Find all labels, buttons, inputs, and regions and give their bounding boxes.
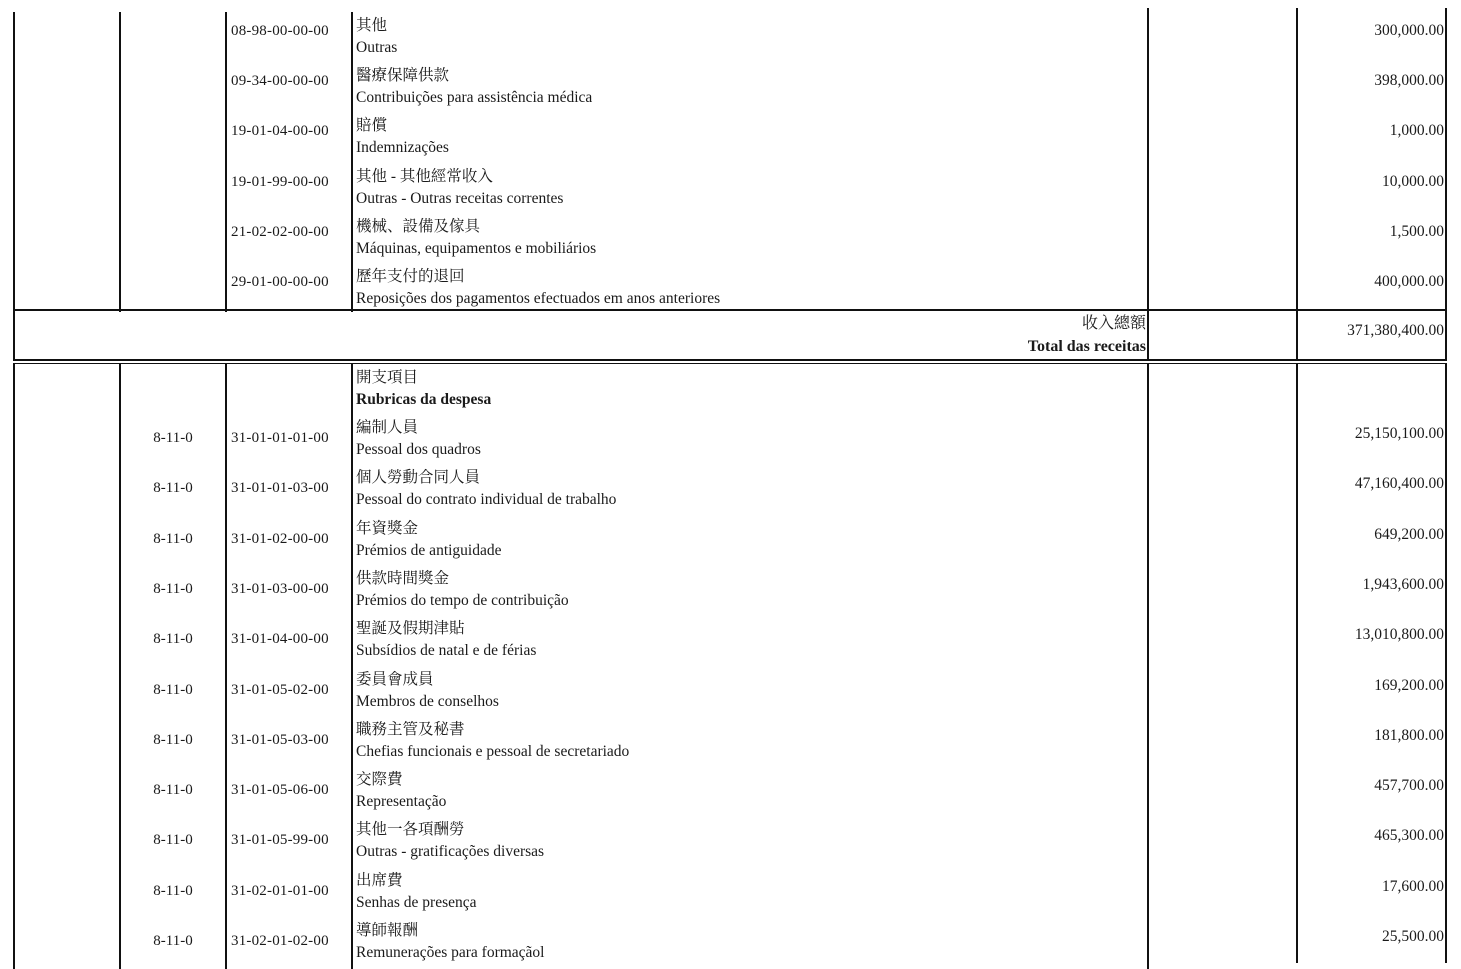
amount: 649,200.00	[1298, 526, 1444, 544]
description-pt: Reposições dos pagamentos efectuados em …	[356, 289, 720, 308]
economic-classification: 8-11-0	[120, 732, 226, 749]
description-pt: Outras - gratificações diversas	[356, 842, 544, 861]
amount: 47,160,400.00	[1298, 475, 1444, 493]
amount: 1,943,600.00	[1298, 576, 1444, 594]
economic-classification: 8-11-0	[120, 480, 226, 497]
amount: 1,500.00	[1298, 223, 1444, 241]
description-pt: Subsídios de natal e de férias	[356, 641, 536, 660]
description-zh: 歷年支付的退回	[356, 267, 465, 286]
account-code: 31-01-05-99-00	[231, 832, 329, 849]
description-zh: 委員會成員	[356, 670, 434, 689]
economic-classification: 8-11-0	[120, 631, 226, 648]
column-divider	[13, 12, 15, 312]
account-code: 31-01-05-06-00	[231, 782, 329, 799]
amount: 25,500.00	[1298, 928, 1444, 946]
account-code: 31-02-01-01-00	[231, 883, 329, 900]
description-pt: Pessoal do contrato individual de trabal…	[356, 490, 616, 509]
description-pt: Prémios do tempo de contribuição	[356, 591, 569, 610]
column-divider	[225, 12, 227, 312]
total-label-zh: 收入總額	[900, 313, 1146, 334]
account-code: 21-02-02-00-00	[231, 224, 329, 241]
description-zh: 職務主管及秘書	[356, 720, 465, 739]
account-code: 31-01-05-03-00	[231, 732, 329, 749]
amount: 25,150,100.00	[1298, 425, 1444, 443]
description-pt: Prémios de antiguidade	[356, 541, 502, 560]
description-zh: 其他 - 其他經常收入	[356, 167, 493, 186]
column-divider	[119, 363, 121, 969]
description-zh: 賠償	[356, 116, 387, 135]
description-zh: 年資獎金	[356, 519, 418, 538]
account-code: 19-01-99-00-00	[231, 174, 329, 191]
column-divider	[13, 363, 15, 969]
economic-classification: 8-11-0	[120, 832, 226, 849]
account-code: 31-01-02-00-00	[231, 531, 329, 548]
amount: 398,000.00	[1298, 72, 1444, 90]
economic-classification: 8-11-0	[120, 430, 226, 447]
total-label-pt: Total das receitas	[900, 336, 1146, 357]
account-code: 31-01-01-03-00	[231, 480, 329, 497]
amount: 400,000.00	[1298, 273, 1444, 291]
amount: 300,000.00	[1298, 22, 1444, 40]
column-divider	[1147, 309, 1149, 361]
account-code: 19-01-04-00-00	[231, 123, 329, 140]
expense-header-zh: 開支項目	[356, 368, 418, 387]
account-code: 31-01-04-00-00	[231, 631, 329, 648]
description-pt: Outras	[356, 38, 397, 57]
total-amount: 371,380,400.00	[1298, 322, 1444, 340]
column-divider	[351, 12, 353, 312]
column-divider	[1445, 8, 1447, 312]
account-code: 31-02-01-02-00	[231, 933, 329, 950]
description-pt: Senhas de presença	[356, 893, 477, 912]
column-divider	[13, 309, 15, 361]
description-zh: 聖誕及假期津貼	[356, 619, 465, 638]
column-divider	[351, 363, 353, 969]
description-zh: 其他一各項酬勞	[356, 820, 465, 839]
economic-classification: 8-11-0	[120, 581, 226, 598]
column-divider	[119, 12, 121, 312]
account-code: 08-98-00-00-00	[231, 23, 329, 40]
description-pt: Pessoal dos quadros	[356, 440, 481, 459]
description-pt: Indemnizações	[356, 138, 449, 157]
amount: 169,200.00	[1298, 677, 1444, 695]
description-pt: Remunerações para formaçãol	[356, 943, 544, 962]
description-pt: Chefias funcionais e pessoal de secretar…	[356, 742, 629, 761]
economic-classification: 8-11-0	[120, 682, 226, 699]
expense-section-top-border	[13, 363, 1447, 364]
description-zh: 機械、設備及傢具	[356, 217, 480, 236]
description-zh: 醫療保障供款	[356, 66, 449, 85]
column-divider	[1147, 363, 1149, 969]
amount: 465,300.00	[1298, 827, 1444, 845]
account-code: 09-34-00-00-00	[231, 73, 329, 90]
account-code: 31-01-05-02-00	[231, 682, 329, 699]
column-divider	[225, 363, 227, 969]
account-code: 31-01-01-01-00	[231, 430, 329, 447]
column-divider	[1296, 8, 1298, 312]
description-zh: 個人勞動合同人員	[356, 468, 480, 487]
amount: 10,000.00	[1298, 173, 1444, 191]
description-zh: 其他	[356, 16, 387, 35]
description-pt: Outras - Outras receitas correntes	[356, 189, 563, 208]
amount: 457,700.00	[1298, 777, 1444, 795]
amount: 1,000.00	[1298, 122, 1444, 140]
description-pt: Máquinas, equipamentos e mobiliários	[356, 239, 596, 258]
amount: 181,800.00	[1298, 727, 1444, 745]
description-zh: 出席費	[356, 871, 403, 890]
column-divider	[1147, 8, 1149, 312]
economic-classification: 8-11-0	[120, 933, 226, 950]
amount: 17,600.00	[1298, 878, 1444, 896]
economic-classification: 8-11-0	[120, 883, 226, 900]
description-pt: Contribuições para assistência médica	[356, 88, 592, 107]
account-code: 29-01-00-00-00	[231, 274, 329, 291]
description-zh: 編制人員	[356, 418, 418, 437]
description-zh: 導師報酬	[356, 921, 418, 940]
description-zh: 供款時間獎金	[356, 569, 449, 588]
description-pt: Representação	[356, 792, 446, 811]
economic-classification: 8-11-0	[120, 782, 226, 799]
amount: 13,010,800.00	[1298, 626, 1444, 644]
column-divider	[1445, 363, 1447, 963]
column-divider	[1445, 309, 1447, 361]
expense-header-pt: Rubricas da despesa	[356, 390, 491, 409]
total-row-bottom-border	[13, 359, 1447, 361]
total-row-top-border	[13, 309, 1447, 311]
account-code: 31-01-03-00-00	[231, 581, 329, 598]
description-zh: 交際費	[356, 770, 403, 789]
column-divider	[1296, 363, 1298, 963]
description-pt: Membros de conselhos	[356, 692, 499, 711]
economic-classification: 8-11-0	[120, 531, 226, 548]
